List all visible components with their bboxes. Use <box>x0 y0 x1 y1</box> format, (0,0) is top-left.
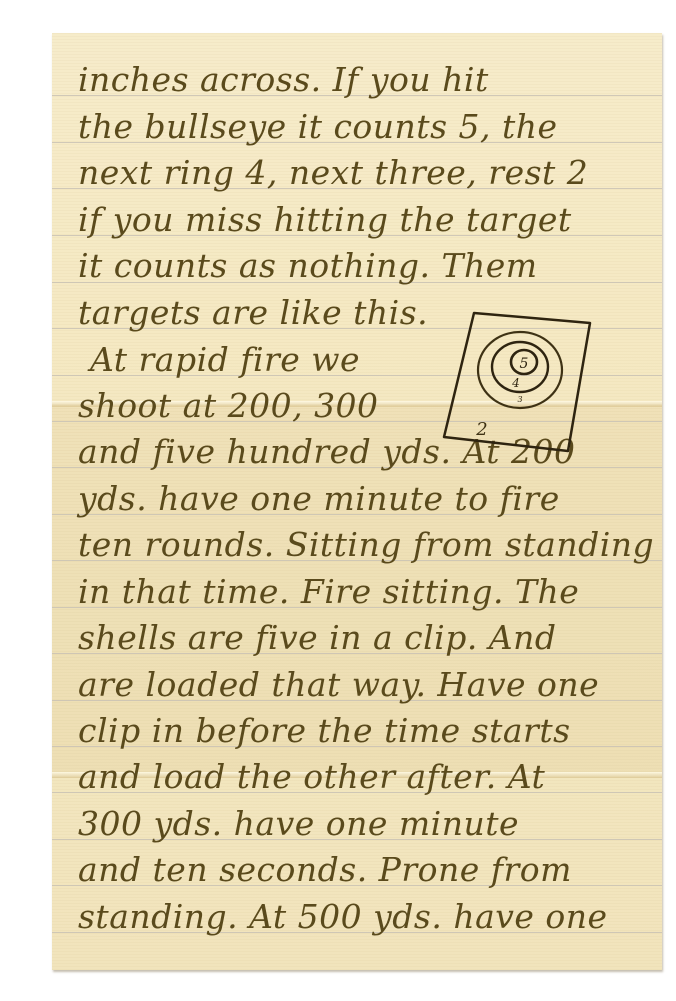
svg-text:5: 5 <box>520 356 529 372</box>
text-line: standing. At 500 yds. have one <box>78 900 608 933</box>
svg-text:3: 3 <box>517 395 522 404</box>
target-sketch: 5 4 3 2 <box>440 307 600 457</box>
text-line: yds. have one minute to fire <box>78 482 560 515</box>
text-line: and ten seconds. Prone from <box>78 853 572 886</box>
text-line: At rapid fire we <box>90 343 360 376</box>
svg-text:2: 2 <box>475 419 487 440</box>
text-line: next ring 4, next three, rest 2 <box>78 156 588 189</box>
target-diagram-icon: 5 4 3 2 <box>440 307 600 457</box>
text-line: the bullseye it counts 5, the <box>78 110 558 143</box>
text-line: shoot at 200, 300 <box>78 389 379 422</box>
text-line: are loaded that way. Have one <box>78 668 599 701</box>
text-line: if you miss hitting the target <box>78 203 572 236</box>
text-line: it counts as nothing. Them <box>78 249 538 282</box>
text-line: clip in before the time starts <box>78 714 571 747</box>
text-line: and load the other after. At <box>78 760 545 793</box>
text-line: inches across. If you hit <box>78 63 489 96</box>
text-line: in that time. Fire sitting. The <box>78 575 579 608</box>
letter-page: inches across. If you hit the bullseye i… <box>52 33 662 970</box>
text-line: targets are like this. <box>78 296 428 329</box>
svg-text:4: 4 <box>511 376 520 390</box>
text-line: ten rounds. Sitting from standing <box>78 528 654 561</box>
text-line: shells are five in a clip. And <box>78 621 557 654</box>
text-line: 300 yds. have one minute <box>78 807 519 840</box>
